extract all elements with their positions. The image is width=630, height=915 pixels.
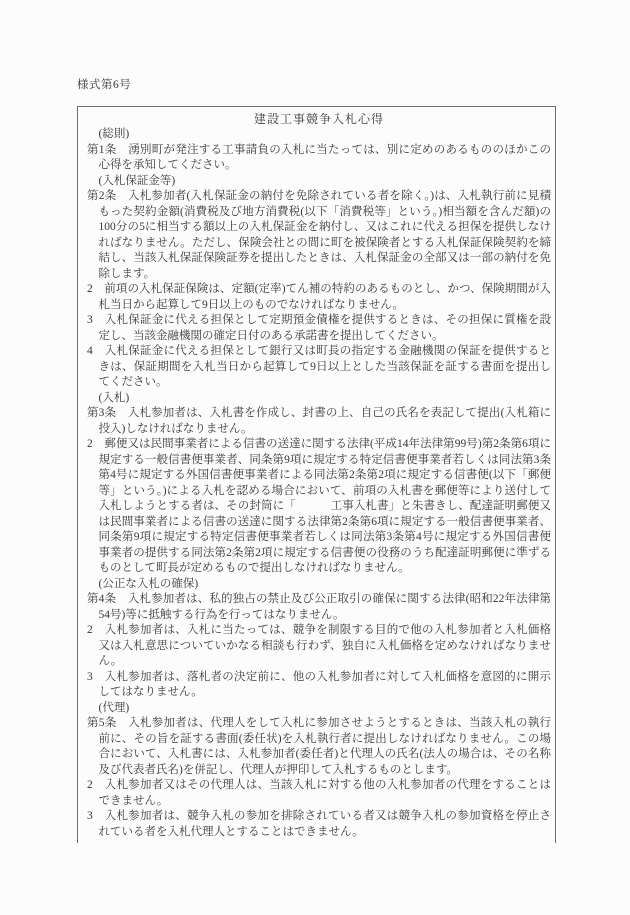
clause-paragraph: 3 入札保証金に代える担保として定期預金債権を提供するときは、その担保に質権を設…	[87, 313, 551, 344]
clause-paragraph: 3 入札参加者は、落札者の決定前に、他の入札参加者に対して入札価格を意図的に開示…	[87, 670, 551, 701]
section-heading: (公正な入札の確保)	[87, 577, 551, 593]
section-heading: (総則)	[87, 127, 551, 143]
clause-paragraph: 第4条 入札参加者は、私的独占の禁止及び公正取引の確保に関する法律(昭和22年法…	[87, 592, 551, 623]
clause-paragraph: 第5条 入札参加者は、代理人をして入札に参加させようとするときは、当該入札の執行…	[87, 716, 551, 778]
clause-paragraph: 第2条 入札参加者(入札保証金の納付を免除されている者を除く。)は、入札執行前に…	[87, 189, 551, 282]
section-heading: (入札保証金等)	[87, 174, 551, 190]
clause-paragraph: 2 入札参加者又はその代理人は、当該入札に対する他の入札参加者の代理をすることは…	[87, 778, 551, 809]
form-number-label: 様式第6号	[77, 79, 131, 92]
document-body: (総則)第1条 湧別町が発注する工事請負の入札に当たっては、別に定めのあるものの…	[87, 127, 551, 840]
clause-paragraph: 4 入札保証金に代える担保として銀行又は町長の指定する金融機関の保証を提供すると…	[87, 344, 551, 391]
section-heading: (代理)	[87, 701, 551, 717]
document-title: 建設工事競争入札心得	[87, 111, 551, 127]
clause-paragraph: 2 郵便又は民間事業者による信書の送達に関する法律(平成14年法律第99号)第2…	[87, 437, 551, 577]
clause-paragraph: 3 入札参加者は、競争入札の参加を排除されている者又は競争入札の参加資格を停止さ…	[87, 809, 551, 840]
section-heading: (入札)	[87, 391, 551, 407]
clause-paragraph: 第3条 入札参加者は、入札書を作成し、封書の上、自己の氏名を表記して提出(入札箱…	[87, 406, 551, 437]
clause-paragraph: 2 入札参加者は、入札に当たっては、競争を制限する目的で他の入札参加者と入札価格…	[87, 623, 551, 670]
clause-paragraph: 2 前項の入札保証保険は、定額(定率)てん補の特約のあるものとし、かつ、保険期間…	[87, 282, 551, 313]
clause-paragraph: 第1条 湧別町が発注する工事請負の入札に当たっては、別に定めのあるもののほかこの…	[87, 143, 551, 174]
document-frame: 建設工事競争入札心得 (総則)第1条 湧別町が発注する工事請負の入札に当たっては…	[77, 106, 556, 843]
